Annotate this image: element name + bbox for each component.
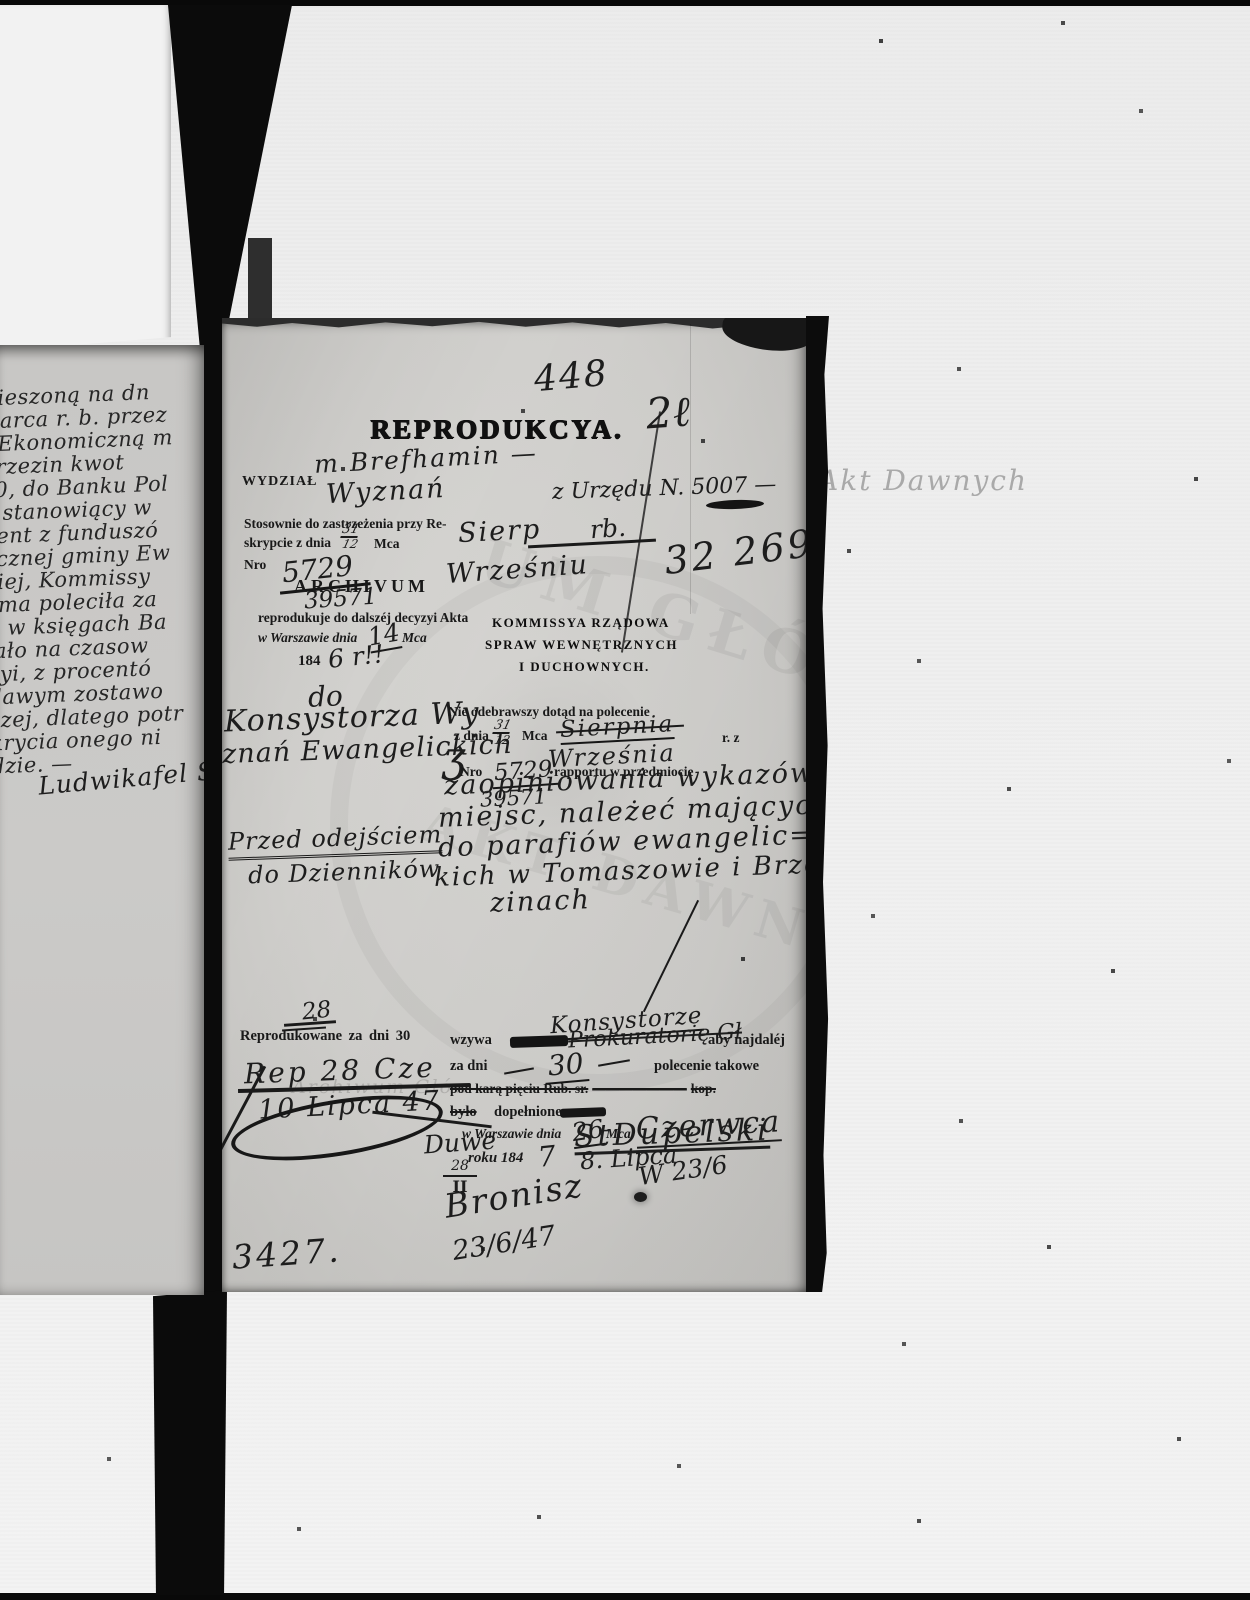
kommissya-line1: KOMMISSYA RZĄDOWA — [492, 615, 670, 631]
rok-1846: 184 — [298, 653, 321, 670]
left-page-text: mieszoną na dn Marca r. b. przez z Ekono… — [0, 379, 204, 779]
gutter-top-wedge — [168, 5, 292, 352]
page-stack-edge — [806, 316, 829, 1292]
hw-rok-6r: 6 r!! — [327, 639, 386, 674]
kara-dash: ——————— — [592, 1081, 687, 1096]
mca-label-2: Mca — [402, 630, 427, 646]
hw-duwe: Duwe — [413, 1125, 507, 1160]
reprodukuje-line: reprodukuje do dalszéj decyzyi Akta — [258, 610, 468, 626]
document-page: UM GŁÓW AKT DAWNYCH Archiwum Głów 448 2ℓ… — [222, 318, 806, 1292]
ink-blot — [634, 1192, 647, 1202]
paper-specks — [222, 318, 224, 320]
left-page: mieszoną na dn Marca r. b. przez z Ekono… — [0, 345, 204, 1295]
wydzial-label: WYDZIAŁ — [242, 474, 317, 490]
hw-dept-line2: Wyznań — [325, 473, 446, 510]
hw-date-23-6-47: 23/6/47 — [450, 1220, 558, 1267]
kommissya-line3: I DUCHOWNYCH. — [519, 659, 650, 675]
kop-text: kop. — [691, 1081, 716, 1096]
gutter-gray-stub — [248, 238, 272, 325]
folio-number: 448 — [532, 353, 610, 400]
fraction-bottom: 12 — [493, 734, 513, 746]
mca-label-1: Mca — [374, 536, 399, 552]
hw-date-fraction-1: 31 12 — [342, 524, 359, 550]
gutter-middle — [201, 348, 224, 1293]
hw-28-underline1 — [284, 1020, 336, 1027]
hw-duwe-28: 28 — [443, 1158, 477, 1177]
fraction-top: 31 — [340, 524, 360, 538]
archive-number-3427: 3427. — [231, 1230, 343, 1277]
hw-dept-line1: m Brefhamin — — [313, 438, 538, 479]
registry-number: 32 269 — [662, 521, 806, 583]
r-z: r. z — [722, 730, 740, 746]
ink-strike-bar — [510, 1035, 568, 1048]
za-dni-label: za dni — [450, 1058, 487, 1075]
polecenie-takowe: polecenie takowe — [654, 1058, 759, 1075]
reprodukowane-line: Reprodukowane za dni 30 — [240, 1028, 410, 1045]
hw-body-line5: zinach — [489, 884, 591, 919]
dopelnione-label: dopełnione — [494, 1104, 562, 1121]
microfilm-scan: Akt Dawnych mieszoną na dn Marca r. b. p… — [0, 0, 1250, 1600]
mca-label-3: Mca — [522, 728, 547, 744]
kommissya-line2: SPRAW WEWNĘTRZNYCH — [485, 637, 678, 653]
nro-label-1: Nro — [244, 557, 266, 573]
z-dnia: z dnia — [454, 728, 489, 744]
wzywa-label: wzywa — [450, 1032, 492, 1049]
torn-top-edge — [222, 318, 806, 329]
ref-flourish: 2ℓ — [644, 387, 692, 440]
kara-text: pod karą pięciu Rub. sr. — [450, 1081, 588, 1096]
archive-watermark-text: Akt Dawnych — [818, 464, 1028, 497]
hw-sierp: Sierp — [457, 514, 542, 549]
gutter-bottom-wedge — [153, 1290, 227, 1595]
bylo-label: było — [450, 1104, 477, 1121]
hw-rb: rb. — [589, 513, 627, 544]
official-signature: StDupelski — [573, 1113, 770, 1155]
kara-struck-line: pod karą pięciu Rub. sr. ——————— kop. — [450, 1080, 716, 1098]
top-right-corner-fold — [720, 318, 806, 355]
archivum-heading: ARCHIVUM — [294, 576, 429, 597]
aby-najdalej: aby najdaléj — [708, 1032, 785, 1049]
fraction-top: 31 — [492, 720, 512, 734]
white-sheet-corner — [0, 5, 171, 351]
stosownie-line2: skrypcie z dnia — [244, 535, 331, 551]
dust-specks — [0, 0, 2, 2]
hw-date-fraction-2: 31 12 — [494, 720, 511, 746]
ink-smudge — [706, 499, 764, 510]
